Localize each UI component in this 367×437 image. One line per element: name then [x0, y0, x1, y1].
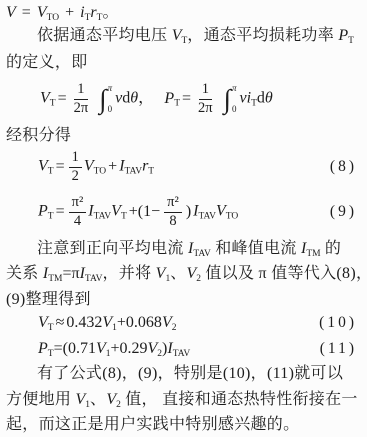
integral-upper-limit: π: [232, 84, 237, 93]
equation-body: VT=12VTO+ITAVrT: [38, 149, 154, 185]
math-subscript: T: [50, 99, 56, 109]
math-variable: V: [216, 203, 226, 220]
fraction: 12π: [195, 81, 216, 117]
math-variable: V: [156, 265, 166, 282]
math-variable: θ: [265, 90, 273, 107]
integral-sign: ∫: [99, 88, 106, 111]
fraction-numerator: 1: [199, 81, 212, 99]
math-operator: +: [65, 4, 74, 21]
text-run: 。: [102, 4, 118, 21]
integral-lower-limit: 0: [232, 105, 237, 114]
paragraph-4-line-1: 有了公式(8)，(9)，特别是(10)，(11)就可以: [37, 363, 343, 385]
math-subscript: TAV: [198, 212, 216, 222]
math-variable: V: [37, 4, 47, 21]
text-run: 和峰值电流: [211, 240, 301, 257]
text-run: 的定义，即: [6, 54, 88, 71]
math-operator: +: [108, 158, 117, 175]
math-subscript: T: [121, 212, 127, 222]
math-subscript: T: [148, 167, 154, 177]
text-run: 经积分得: [6, 127, 71, 144]
text-run: 依据通态平均电压: [37, 27, 172, 44]
math-operator: d: [257, 90, 265, 107]
equation-number: (9): [330, 203, 357, 221]
math-operator: ): [186, 203, 191, 220]
paper-page: V = VTO + iTrT。 依据通态平均电压 VT，通态平均损耗功率 PT …: [0, 0, 367, 437]
text-run: 值， 直接和通态热特性衔接在一: [121, 391, 358, 408]
math-operator: =: [58, 90, 67, 107]
paragraph-4-line-3: 起，而这正是用户实践中特别感兴趣的。: [6, 414, 299, 436]
math-subscript: 2: [172, 323, 177, 333]
math-operator: =: [56, 158, 65, 175]
math-variable: V: [76, 391, 86, 408]
paragraph-4-line-2: 方便地用 V1、V2 值， 直接和通态热特性衔接在一: [6, 389, 358, 416]
math-variable: V: [148, 340, 158, 357]
math-subscript: TO: [94, 167, 107, 177]
integral-sign: ∫: [224, 88, 231, 111]
equation-11: PT=(0.71V1+0.29V2)ITAV (11): [38, 337, 357, 361]
math-operator: =π: [62, 265, 79, 282]
equation-number: (11): [320, 340, 357, 358]
text-run: 有了公式(8)，(9)，特别是(10)，(11)就可以: [37, 365, 343, 382]
integral-upper-limit: π: [108, 84, 113, 93]
math-variable: V: [162, 314, 172, 331]
fraction-numerator: 1: [74, 81, 87, 99]
math-operator: =: [56, 203, 65, 220]
paragraph-3-line-2: 关系 ITM=πITAV，并将 V1、V2 值以及 π 值等代入(8)，: [6, 263, 367, 290]
math-coefficient: 0.71: [68, 340, 96, 357]
math-variable: V: [102, 314, 112, 331]
math-subscript: T: [48, 323, 54, 333]
math-subscript: TM: [48, 274, 62, 284]
fraction: 12π: [71, 81, 92, 117]
math-coefficient: 0.432: [66, 314, 102, 331]
text-run: ，通态平均损耗功率: [187, 27, 338, 44]
math-operator: +(1−: [129, 203, 160, 220]
paragraph-1-line-1: 依据通态平均电压 VT，通态平均损耗功率 PT: [37, 25, 354, 52]
math-subscript: TO: [47, 13, 60, 23]
text-run: (9)整理得到: [6, 291, 91, 308]
fraction: 12: [69, 149, 82, 185]
equation-body: VT≈0.432V1+0.068V2: [38, 314, 176, 333]
fraction: π²8: [164, 194, 182, 230]
text-run: 值以及 π 值等代入(8)，: [201, 265, 367, 282]
fraction-denominator: 2π: [195, 100, 216, 117]
math-operator: =(: [54, 340, 68, 357]
equation-10: VT≈0.432V1+0.068V2 (10): [38, 311, 357, 335]
math-variable: V: [84, 158, 94, 175]
math-variable: P: [338, 27, 348, 44]
text-run: 、: [170, 265, 186, 282]
integral-lower-limit: 0: [108, 105, 113, 114]
fraction-denominator: 4: [71, 213, 84, 230]
math-variable: V: [40, 90, 50, 107]
math-coefficient: +0.29: [110, 340, 147, 357]
text-run: 关系: [6, 265, 43, 282]
equation-9: PT=π²4ITAVVT+(1−π²8)ITAVVTO (9): [38, 190, 357, 234]
math-operator: ≈: [56, 314, 65, 331]
math-variable: V: [6, 4, 16, 21]
paragraph-3-line-1: 注意到正向平均电流 ITAV 和峰值电流 ITM 的: [37, 238, 341, 265]
fraction-denominator: 2π: [71, 100, 92, 117]
paragraph-2-line-1: 经积分得: [6, 125, 71, 147]
math-variable: V: [96, 340, 106, 357]
math-subscript: TAV: [193, 249, 211, 259]
equation-number: (8): [330, 158, 357, 176]
math-variable: vi: [240, 90, 252, 107]
math-variable: V: [106, 391, 116, 408]
paragraph-3-line-3: (9)整理得到: [6, 289, 91, 311]
math-variable: θ: [130, 90, 138, 107]
math-subscript: T: [48, 167, 54, 177]
text-run: 方便地用: [6, 391, 76, 408]
fraction-denominator: 8: [166, 213, 179, 230]
math-subscript: T: [174, 99, 180, 109]
integral-limits: π0: [107, 82, 113, 116]
math-subscript: TAV: [173, 349, 191, 359]
fraction-numerator: π²: [164, 194, 182, 212]
math-operator: =: [182, 90, 191, 107]
equation-body: VT=12π∫π0vdθ， PT=12π∫π0viTdθ: [40, 81, 273, 117]
math-variable: V: [111, 203, 121, 220]
text-run: 注意到正向平均电流: [37, 240, 188, 257]
text-run: 的: [321, 240, 342, 257]
math-variable: P: [164, 90, 174, 107]
math-subscript: TO: [226, 212, 239, 222]
fraction: π²4: [69, 194, 87, 230]
equation-body: PT=π²4ITAVVT+(1−π²8)ITAVVTO: [38, 194, 238, 230]
math-variable: V: [38, 158, 48, 175]
fraction-numerator: π²: [69, 194, 87, 212]
math-coefficient: +0.068: [117, 314, 162, 331]
math-operator: =: [22, 4, 31, 21]
fraction-numerator: 1: [69, 149, 82, 167]
paragraph-1-line-2: 的定义，即: [6, 52, 88, 74]
equation-number: (10): [319, 314, 357, 332]
math-subscript: TM: [306, 249, 320, 259]
equation-definitions: VT=12π∫π0vdθ， PT=12π∫π0viTdθ: [40, 77, 357, 121]
text-run: ，并将: [102, 265, 155, 282]
text-run: 起，而这正是用户实践中特别感兴趣的。: [6, 416, 299, 433]
math-subscript: T: [348, 36, 354, 46]
equation-8: VT=12VTO+ITAVrT (8): [38, 147, 357, 187]
equation-body: PT=(0.71V1+0.29V2)ITAV: [38, 340, 190, 359]
fraction-denominator: 2: [69, 168, 82, 185]
integral: ∫π0: [224, 82, 237, 116]
math-subscript: TAV: [94, 212, 112, 222]
integral: ∫π0: [99, 82, 112, 116]
math-variable: V: [187, 265, 197, 282]
math-variable: P: [38, 340, 48, 357]
math-subscript: TAV: [85, 274, 103, 284]
text-run: ，: [138, 90, 154, 107]
math-variable: V: [38, 314, 48, 331]
math-subscript: T: [48, 212, 54, 222]
math-variable: P: [38, 203, 48, 220]
integral-limits: π0: [231, 82, 237, 116]
math-subscript: TAV: [125, 167, 143, 177]
text-run: 、: [90, 391, 106, 408]
